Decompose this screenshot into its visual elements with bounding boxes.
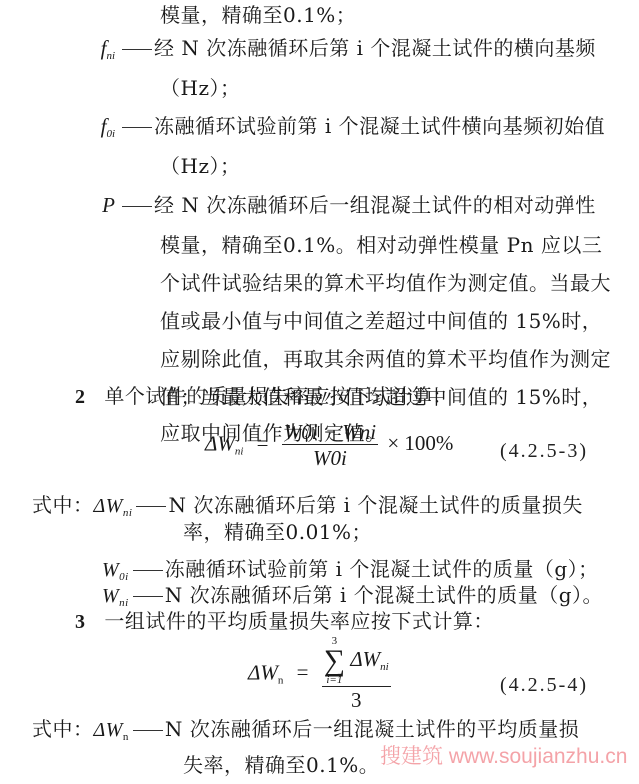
definition-text: 应剔除此值，再取其余两值的算术平均值作为测定 — [160, 347, 611, 371]
symbol-f-0i: f0i — [70, 113, 115, 147]
definition-text: N 次冻融循环后一组混凝土试件的平均质量损 — [165, 717, 579, 741]
em-dash — [133, 730, 163, 731]
definition-f-0i: 冻融循环试验前第 i 个混凝土试件横向基频初始值 — [118, 113, 605, 139]
item-3-heading: 3 一组试件的平均质量损失率应按下式计算： — [75, 608, 494, 635]
sigma-icon: ∑ — [324, 647, 345, 675]
item-2-heading: 2 单个试件的质量损失率应按下式计算： — [75, 383, 453, 410]
summand: ΔW — [350, 647, 380, 671]
equals-sign: = — [257, 431, 269, 455]
symbol: ΔW — [94, 495, 123, 517]
definition-text: 失率，精确至0.1%。 — [183, 753, 379, 777]
formula-lhs-subscript: n — [278, 674, 284, 686]
equation-number: (4.2.5-3) — [500, 440, 588, 463]
fraction-numerator: W0i − Wni — [282, 420, 378, 444]
symbol: W — [102, 585, 119, 607]
item-number: 2 — [75, 386, 86, 408]
definition-text: 冻融循环试验前第 i 个混凝土试件横向基频初始值 — [154, 114, 605, 138]
where-label: 式中： — [32, 493, 94, 517]
em-dash — [122, 127, 152, 128]
definition-text: 值或最小值与中间值之差超过中间值的 15%时， — [160, 309, 602, 333]
definition-text: 模量，精确至0.1%。相对动弹性模量 Pn 应以三 — [160, 233, 602, 257]
definition-p: 经 N 次冻融循环后一组混凝土试件的相对动弹性 — [118, 192, 596, 218]
formula-lhs: ΔW — [205, 431, 235, 455]
definition-f-ni: 经 N 次冻融循环后第 i 个混凝土试件的横向基频 — [118, 35, 596, 61]
definition-p-line2: 模量，精确至0.1%。相对动弹性模量 Pn 应以三 — [160, 232, 602, 258]
symbol-subscript: n — [123, 731, 129, 743]
definition-text: （Hz）； — [160, 76, 240, 100]
symbol-subscript: ni — [106, 50, 115, 62]
symbol: P — [102, 193, 115, 217]
item-text: 一组试件的平均质量损失率应按下式计算： — [104, 609, 494, 633]
em-dash — [133, 570, 163, 571]
definition-f-ni-cont: （Hz）； — [160, 75, 240, 101]
text: 模量，精确至0.1%； — [160, 3, 356, 27]
formula-tail: × 100% — [387, 431, 453, 455]
summation: 3 ∑ i=1 — [324, 636, 345, 686]
em-dash — [136, 506, 166, 507]
fraction-denominator: W0i — [282, 444, 378, 471]
definition-text: （Hz）； — [160, 154, 240, 178]
definition-text: N 次冻融循环后第 i 个混凝土试件的质量（g）。 — [165, 583, 603, 607]
em-dash — [122, 49, 152, 50]
definition-p-line5: 应剔除此值，再取其余两值的算术平均值作为测定 — [160, 346, 611, 372]
fraction-numerator: 3 ∑ i=1 ΔWni — [322, 636, 391, 686]
where-label: 式中： — [32, 717, 94, 741]
definition-text: 冻融循环试验前第 i 个混凝土试件的质量（g）； — [165, 557, 599, 581]
definition-text: 经 N 次冻融循环后一组混凝土试件的相对动弹性 — [154, 193, 596, 217]
symbol: ΔW — [94, 719, 123, 741]
where-delta-w-n-cont: 失率，精确至0.1%。 — [183, 752, 379, 778]
formula-4-2-5-3: ΔWni = W0i − Wni W0i × 100% — [205, 420, 453, 471]
formula-4-2-5-4: ΔWn = 3 ∑ i=1 ΔWni 3 — [248, 636, 391, 713]
fraction: 3 ∑ i=1 ΔWni 3 — [322, 636, 391, 713]
definition-f-0i-cont: （Hz）； — [160, 153, 240, 179]
formula-lhs: ΔW — [248, 660, 278, 684]
formula-lhs-subscript: ni — [235, 445, 244, 457]
symbol: W — [102, 559, 119, 581]
fraction: W0i − Wni W0i — [282, 420, 378, 471]
watermark: 搜建筑 www.soujianzhu.cn — [380, 740, 627, 770]
equation-number: (4.2.5-4) — [500, 674, 588, 697]
definition-text: N 次冻融循环后第 i 个混凝土试件的质量损失 — [168, 493, 582, 517]
em-dash — [122, 206, 152, 207]
symbol-subscript: 0i — [106, 128, 115, 140]
definition-text: 经 N 次冻融循环后第 i 个混凝土试件的横向基频 — [154, 36, 596, 60]
continuation-line: 模量，精确至0.1%； — [160, 2, 356, 28]
fraction-denominator: 3 — [322, 686, 391, 713]
symbol-f-ni: fni — [70, 35, 115, 69]
definition-p-line4: 值或最小值与中间值之差超过中间值的 15%时， — [160, 308, 602, 334]
equals-sign: = — [297, 660, 309, 684]
em-dash — [133, 596, 163, 597]
definition-text: 个试件试验结果的算术平均值作为测定值。当最大 — [160, 271, 611, 295]
sum-lower-bound: i=1 — [324, 675, 345, 686]
symbol-p: P — [70, 192, 115, 218]
summand-subscript: ni — [380, 661, 389, 673]
where-delta-w-ni-cont: 率，精确至0.01%； — [183, 519, 372, 545]
item-text: 单个试件的质量损失率应按下式计算： — [104, 384, 453, 408]
item-number: 3 — [75, 611, 86, 633]
definition-text: 率，精确至0.01%； — [183, 520, 372, 544]
definition-p-line3: 个试件试验结果的算术平均值作为测定值。当最大 — [160, 270, 611, 296]
symbol-subscript: ni — [123, 507, 133, 519]
